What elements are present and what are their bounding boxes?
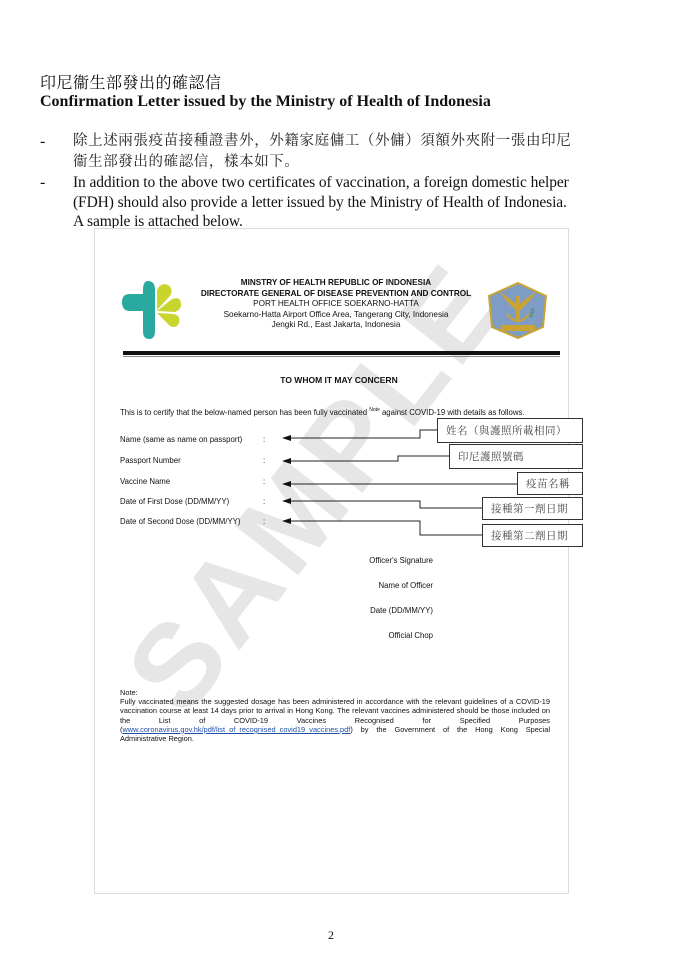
field-colon: : <box>263 477 265 486</box>
salutation: TO WHOM IT MAY CONCERN <box>0 375 678 385</box>
letterhead-line-5: Jengki Rd., East Jakarta, Indonesia <box>186 320 486 331</box>
bullet-marker: - <box>40 133 45 151</box>
letterhead-line-2: DIRECTORATE GENERAL OF DISEASE PREVENTIO… <box>186 289 486 300</box>
officer-signature-label: Officer's Signature <box>273 556 433 565</box>
letterhead: MINSTRY OF HEALTH REPUBLIC OF INDONESIA … <box>186 278 486 331</box>
certify-text-post: against COVID-19 with details as follows… <box>382 408 525 417</box>
field-label-passport-number: Passport Number <box>120 456 181 465</box>
heading-english: Confirmation Letter issued by the Minist… <box>40 93 491 111</box>
letterhead-line-4: Soekarno-Hatta Airport Office Area, Tang… <box>186 310 486 321</box>
callout-first-dose-date: 接種第一劑日期 <box>482 497 583 520</box>
callout-vaccine-name: 疫苗名稱 <box>517 472 583 495</box>
callout-second-dose-date: 接種第二劑日期 <box>482 524 583 547</box>
officer-name-label: Name of Officer <box>273 581 433 590</box>
bullet-chinese-line-1: 除上述兩張疫苗接種證書外，外籍家庭傭工（外傭）須額外夾附一張由印尼 <box>73 131 603 152</box>
page-number: 2 <box>0 928 662 943</box>
note-section: Note: Fully vaccinated means the suggest… <box>120 688 550 743</box>
field-colon: : <box>263 517 265 526</box>
field-label-second-dose-date: Date of Second Dose (DD/MM/YY) <box>120 517 240 526</box>
letterhead-divider <box>123 351 560 355</box>
bullet-chinese-line-2: 衞生部發出的確認信，樣本如下。 <box>73 152 603 173</box>
field-colon: : <box>263 435 265 444</box>
note-superscript: Note <box>369 407 380 413</box>
bullet-english-line-2: (FDH) should also provide a letter issue… <box>73 193 603 213</box>
callout-name: 姓名（與護照所載相同） <box>437 418 583 443</box>
bullet-chinese-paragraph: 除上述兩張疫苗接種證書外，外籍家庭傭工（外傭）須額外夾附一張由印尼 衞生部發出的… <box>73 131 603 173</box>
field-label-name: Name (same as name on passport) <box>120 435 242 444</box>
letterhead-line-3: PORT HEALTH OFFICE SOEKARNO-HATTA <box>186 299 486 310</box>
note-title: Note: <box>120 688 550 697</box>
letterhead-line-1: MINSTRY OF HEALTH REPUBLIC OF INDONESIA <box>186 278 486 289</box>
field-colon: : <box>263 456 265 465</box>
certify-statement: This is to certify that the below-named … <box>120 405 560 418</box>
heading-chinese: 印尼衞生部發出的確認信 <box>40 70 222 93</box>
callout-passport-number: 印尼護照號碼 <box>449 444 583 469</box>
note-body: Fully vaccinated means the suggested dos… <box>120 697 550 743</box>
bullet-english-line-1: In addition to the above two certificate… <box>73 173 603 193</box>
recognised-vaccines-link[interactable]: www.coronavirus.gov.hk/pdf/list_of_recog… <box>122 725 350 734</box>
field-label-first-dose-date: Date of First Dose (DD/MM/YY) <box>120 497 229 506</box>
field-colon: : <box>263 497 265 506</box>
bullet-english-paragraph: In addition to the above two certificate… <box>73 173 603 232</box>
certify-text-pre: This is to certify that the below-named … <box>120 408 367 417</box>
bullet-marker: - <box>40 174 45 192</box>
field-label-vaccine-name: Vaccine Name <box>120 477 170 486</box>
date-label: Date (DD/MM/YY) <box>273 606 433 615</box>
official-chop-label: Official Chop <box>273 631 433 640</box>
letterhead-divider-thin <box>123 356 560 357</box>
